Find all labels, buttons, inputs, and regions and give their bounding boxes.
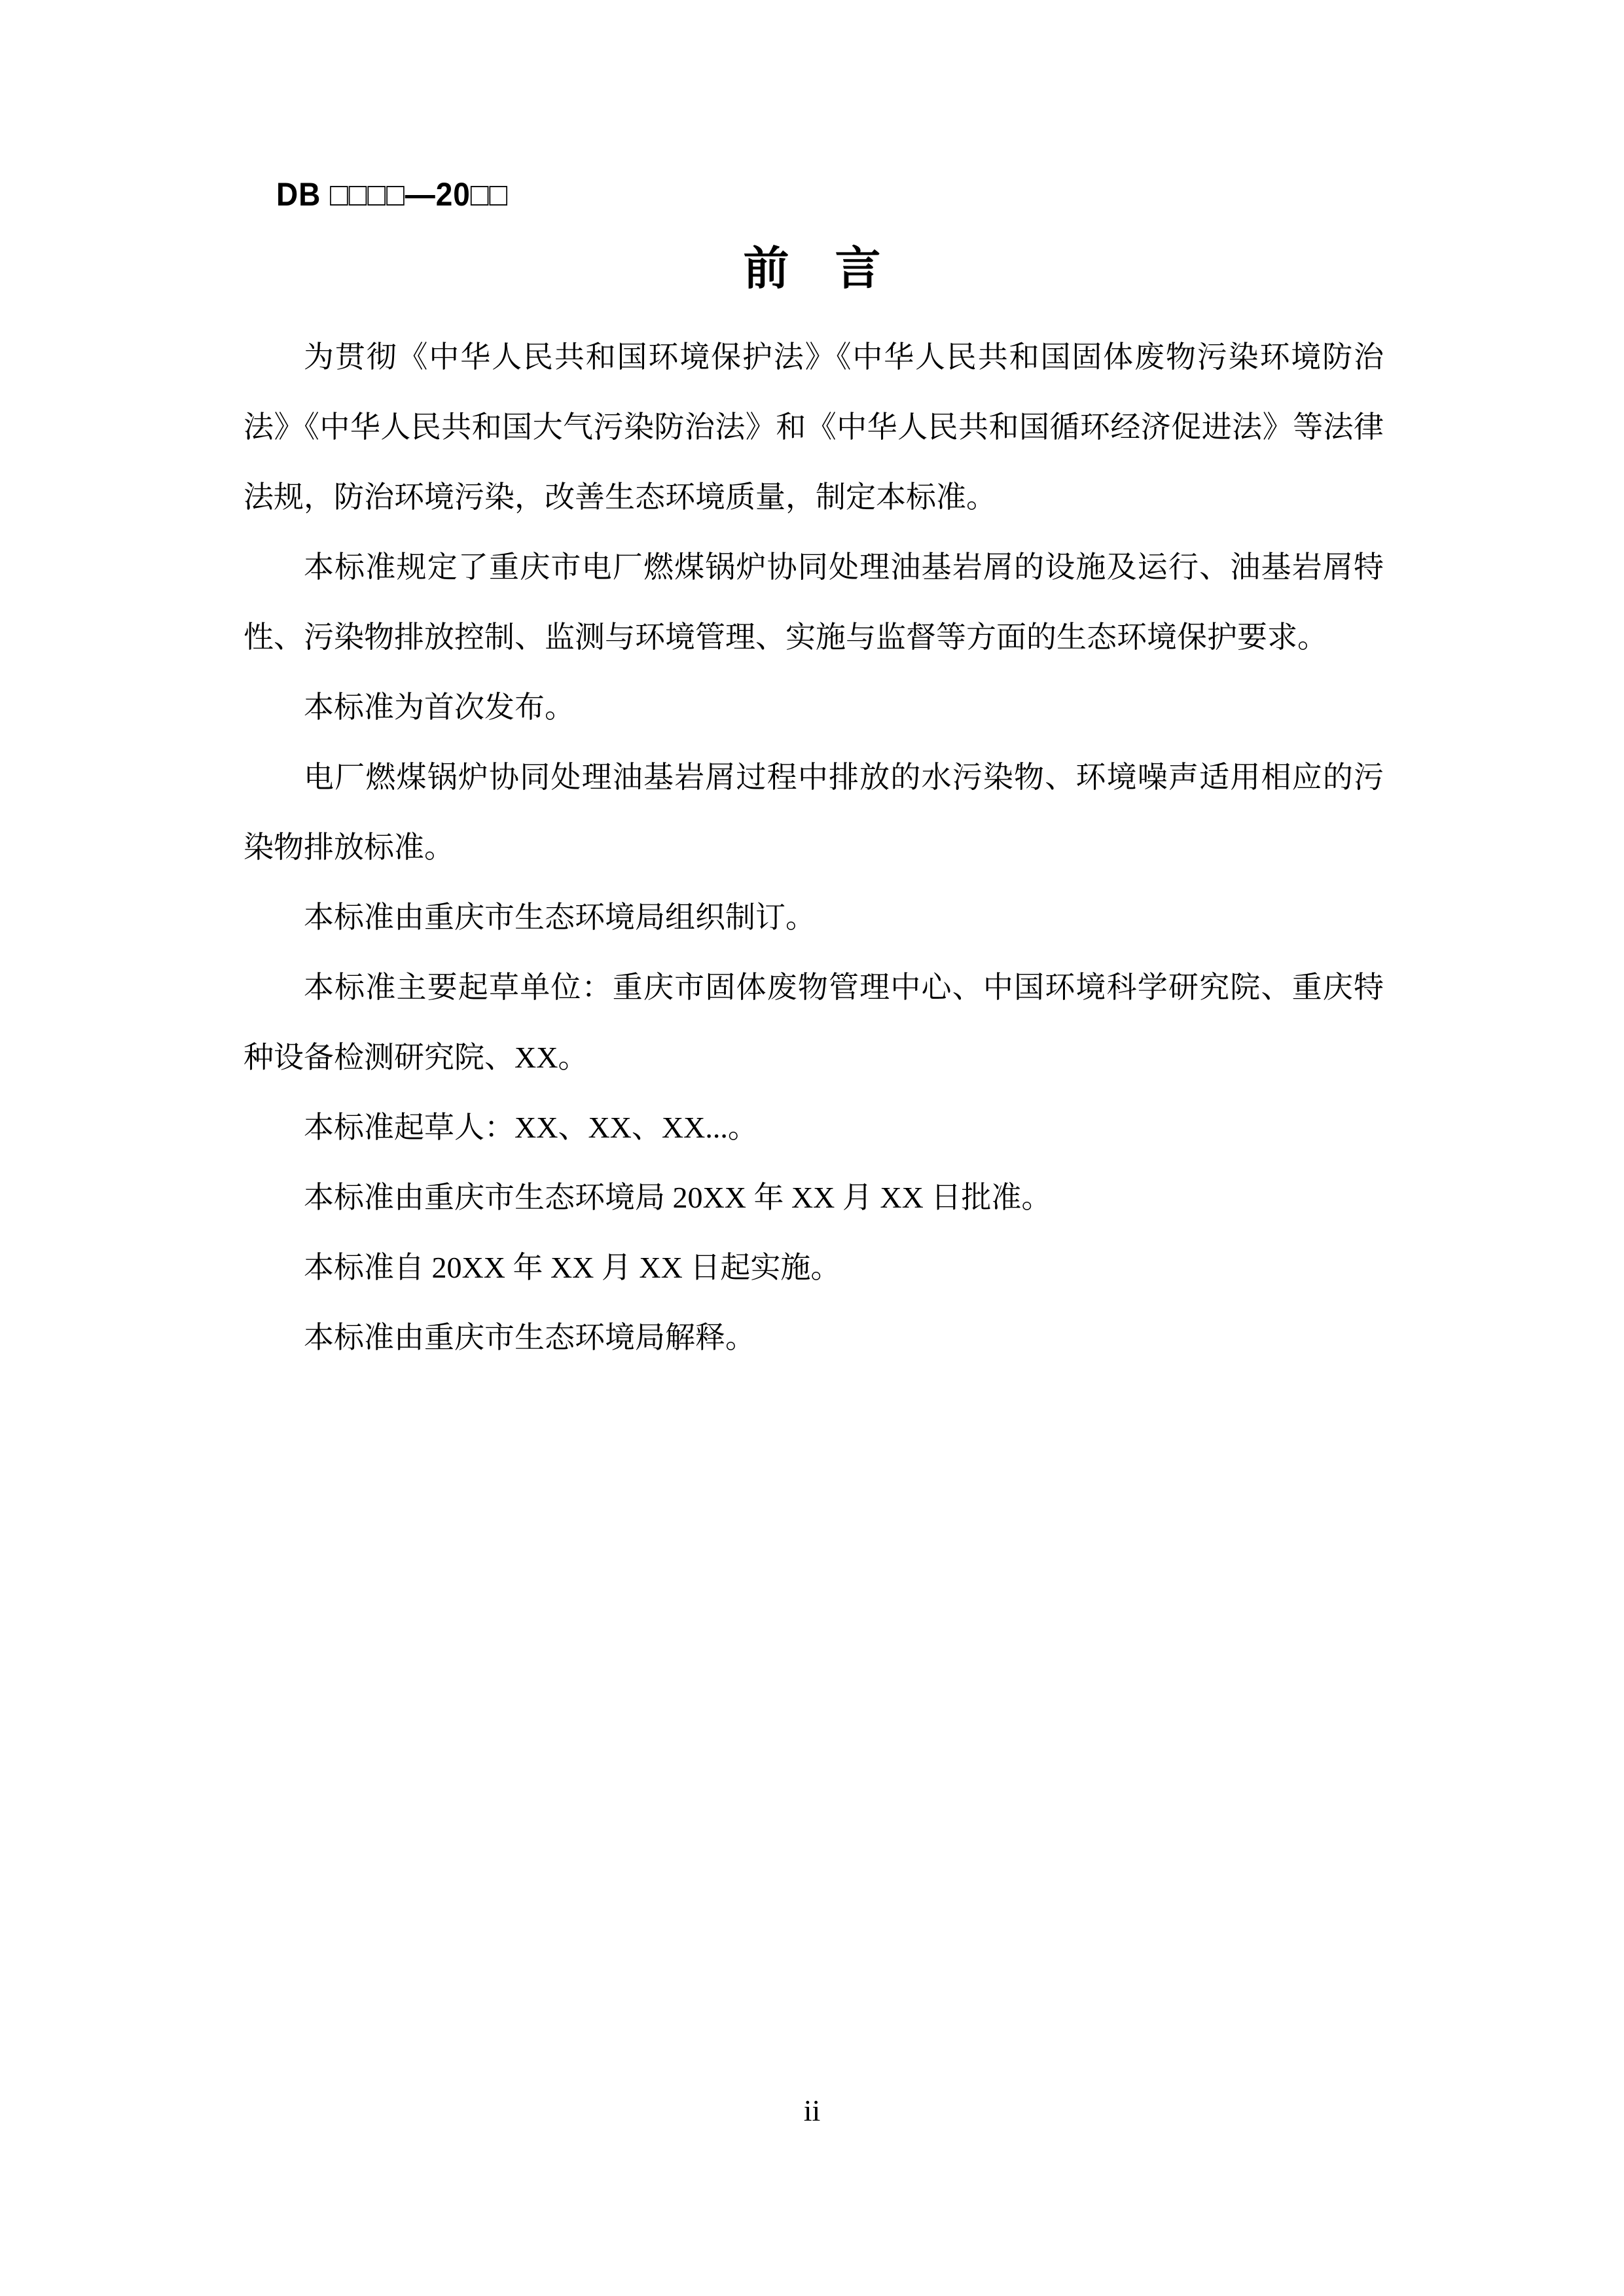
paragraph-scope: 本标准规定了重庆市电厂燃煤锅炉协同处理油基岩屑的设施及运行、油基岩屑特性、污染物… — [244, 532, 1384, 672]
paragraph-interpretation: 本标准由重庆市生态环境局解释。 — [244, 1302, 1384, 1372]
paragraph-drafting-units: 本标准主要起草单位：重庆市固体废物管理中心、中国环境科学研究院、重庆特种设备检测… — [244, 952, 1384, 1092]
paragraph-other-standards: 电厂燃煤锅炉协同处理油基岩屑过程中排放的水污染物、环境噪声适用相应的污染物排放标… — [244, 742, 1384, 882]
page-number: ii — [0, 2093, 1624, 2128]
page-title: 前 言 — [0, 241, 1624, 296]
foreword-body: 为贯彻《中华人民共和国环境保护法》《中华人民共和国固体废物污染环境防治法》《中华… — [244, 322, 1384, 1372]
paragraph-legal-basis: 为贯彻《中华人民共和国环境保护法》《中华人民共和国固体废物污染环境防治法》《中华… — [244, 322, 1384, 532]
paragraph-implementation: 本标准自 20XX 年 XX 月 XX 日起实施。 — [244, 1232, 1384, 1302]
paragraph-drafters: 本标准起草人：XX、XX、XX...。 — [244, 1092, 1384, 1162]
document-page: DB □□□□—20□□ 前 言 为贯彻《中华人民共和国环境保护法》《中华人民共… — [0, 0, 1624, 2296]
standard-code-header: DB □□□□—20□□ — [276, 175, 508, 213]
paragraph-approval: 本标准由重庆市生态环境局 20XX 年 XX 月 XX 日批准。 — [244, 1162, 1384, 1232]
paragraph-first-release: 本标准为首次发布。 — [244, 672, 1384, 742]
paragraph-organizer: 本标准由重庆市生态环境局组织制订。 — [244, 882, 1384, 952]
